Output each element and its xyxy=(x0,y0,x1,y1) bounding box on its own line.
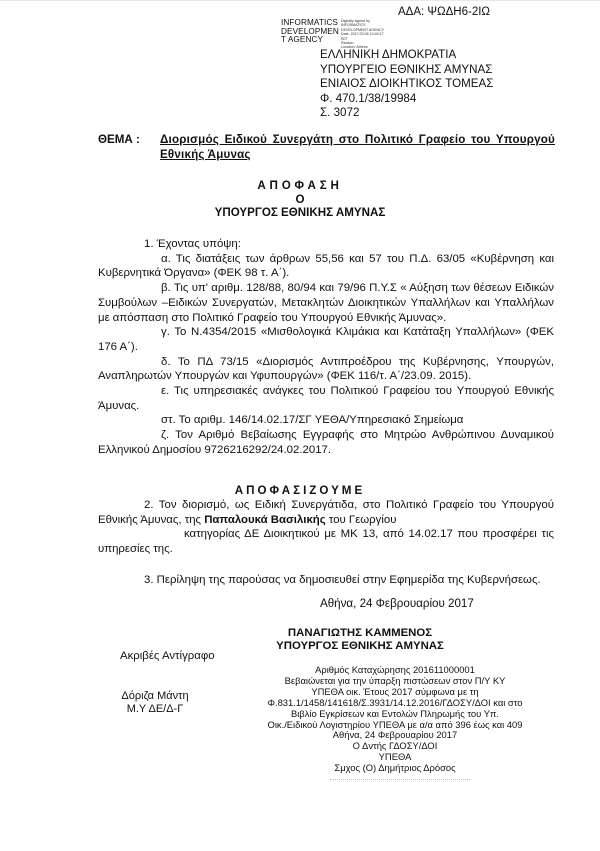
signer-name: ΠΑΝΑΓΙΩΤΗΣ ΚΑΜΜΕΝΟΣ xyxy=(240,627,480,640)
resolution-title: ΑΠΟΦΑΣΙΖΟΥΜΕ xyxy=(0,484,600,497)
true-copy-label: Ακριβές Αντίγραφο xyxy=(120,650,215,662)
considering-item-d: δ. Το ΠΔ 73/15 «Διορισμός Αντιπροέδρου τ… xyxy=(98,355,554,384)
signer-title: ΥΠΟΥΡΓΟΣ ΕΘΝΙΚΗΣ ΑΜΥΝΑΣ xyxy=(240,640,480,653)
protocol-number: Σ. 3072 xyxy=(320,106,493,121)
stamp-trace xyxy=(330,779,470,783)
considering-item-z: ζ. Τον Αριθμό Βεβαίωσης Εγγραφής στο Μητ… xyxy=(98,428,554,457)
file-number: Φ. 470.1/38/19984 xyxy=(320,92,493,107)
considering-section: 1. Έχοντας υπόψη: α. Τις διατάξεις των ά… xyxy=(98,237,554,458)
decision-title: ΑΠΟΦΑΣΗ xyxy=(0,179,600,192)
digital-signature-details: Digitally signed by INFORMATICS DEVELOPM… xyxy=(341,19,384,50)
page-top-border xyxy=(0,0,600,1)
resolution-item-2-after: του Γεωργίου xyxy=(326,514,397,526)
signature-organization: INFORMATICS DEVELOPMEN T AGENCY xyxy=(281,19,339,45)
header-line: ΕΝΙΑΙΟΣ ΔΙΟΙΚΗΤΙΚΟΣ ΤΟΜΕΑΣ xyxy=(320,77,493,92)
resolution-item-2-category: κατηγορίας ΔΕ Διοικητικού με ΜΚ 13, από … xyxy=(98,527,554,556)
considering-item-b: β. Τις υπ' αριθμ. 128/88, 80/94 και 79/9… xyxy=(98,281,554,325)
registration-block: Αριθμός Καταχώρησης 201611000001 Βεβαιών… xyxy=(240,665,550,774)
decision-article: Ο xyxy=(0,193,600,206)
decision-authority: ΥΠΟΥΡΓΟΣ ΕΘΝΙΚΗΣ ΑΜΥΝΑΣ xyxy=(0,206,600,219)
ada-code: ΑΔΑ: ΨΩΔΗ6-2ΙΩ xyxy=(398,6,490,18)
registration-line: Φ.831.1/1458/141618/Σ.3931/14.12.2016/ΓΔ… xyxy=(240,698,550,709)
subject-label: ΘΕΜΑ : xyxy=(98,133,140,146)
resolution-item-2: 2. Τον διορισμό, ως Ειδική Συνεργάτιδα, … xyxy=(98,498,554,557)
considering-item-c: γ. Το Ν.4354/2015 «Μισθολογικά Κλιμάκια … xyxy=(98,325,554,354)
place-date: Αθήνα, 24 Φεβρουαρίου 2017 xyxy=(320,597,474,610)
header-line: ΥΠΟΥΡΓΕΙΟ ΕΘΝΙΚΗΣ ΑΜΥΝΑΣ xyxy=(320,63,493,78)
considering-item-e: ε. Τις υπηρεσιακές ανάγκες του Πολιτικού… xyxy=(98,384,554,413)
issuer-header: ΕΛΛΗΝΙΚΗ ΔΗΜΟΚΡΑΤΙΑ ΥΠΟΥΡΓΕΙΟ ΕΘΝΙΚΗΣ ΑΜ… xyxy=(320,48,493,121)
resolution-item-3-text: 3. Περίληψη της παρούσας να δημοσιευθεί … xyxy=(98,573,554,588)
signature-org-line: T AGENCY xyxy=(281,36,339,45)
registration-line: Σμχος (Ο) Δημήτριος Δρόσος xyxy=(240,763,550,774)
considering-item-st: στ. Το αριθμ. 146/14.02.17/ΣΓ ΥΕΘΑ/Υπηρε… xyxy=(98,413,554,428)
true-copy-name: Δόριζα Μάντη xyxy=(105,690,205,703)
registration-line: Βιβλίο Εγκρίσεων και Εντολών Πληρωμής το… xyxy=(240,709,550,720)
true-copy-signer: Δόριζα Μάντη Μ.Υ ΔΕ/Δ-Γ xyxy=(105,690,205,717)
header-line: ΕΛΛΗΝΙΚΗ ΔΗΜΟΚΡΑΤΙΑ xyxy=(320,48,493,63)
resolution-item-3: 3. Περίληψη της παρούσας να δημοσιευθεί … xyxy=(98,573,554,588)
signature-detail-line: Date: 2017.03.06 13:49:17 xyxy=(341,32,384,36)
signer-block: ΠΑΝΑΓΙΩΤΗΣ ΚΑΜΜΕΝΟΣ ΥΠΟΥΡΓΟΣ ΕΘΝΙΚΗΣ ΑΜΥ… xyxy=(240,627,480,654)
considering-intro: 1. Έχοντας υπόψη: xyxy=(98,237,554,252)
considering-item-a: α. Τις διατάξεις των άρθρων 55,56 και 57… xyxy=(98,252,554,281)
resolution-item-2-text: 2. Τον διορισμό, ως Ειδική Συνεργάτιδα, … xyxy=(98,498,554,527)
true-copy-role: Μ.Υ ΔΕ/Δ-Γ xyxy=(105,703,205,716)
subject-text: Διορισμός Ειδικού Συνεργάτη στο Πολιτικό… xyxy=(160,133,555,162)
appointee-name: Παπαλουκά Βασιλικής xyxy=(204,514,325,526)
